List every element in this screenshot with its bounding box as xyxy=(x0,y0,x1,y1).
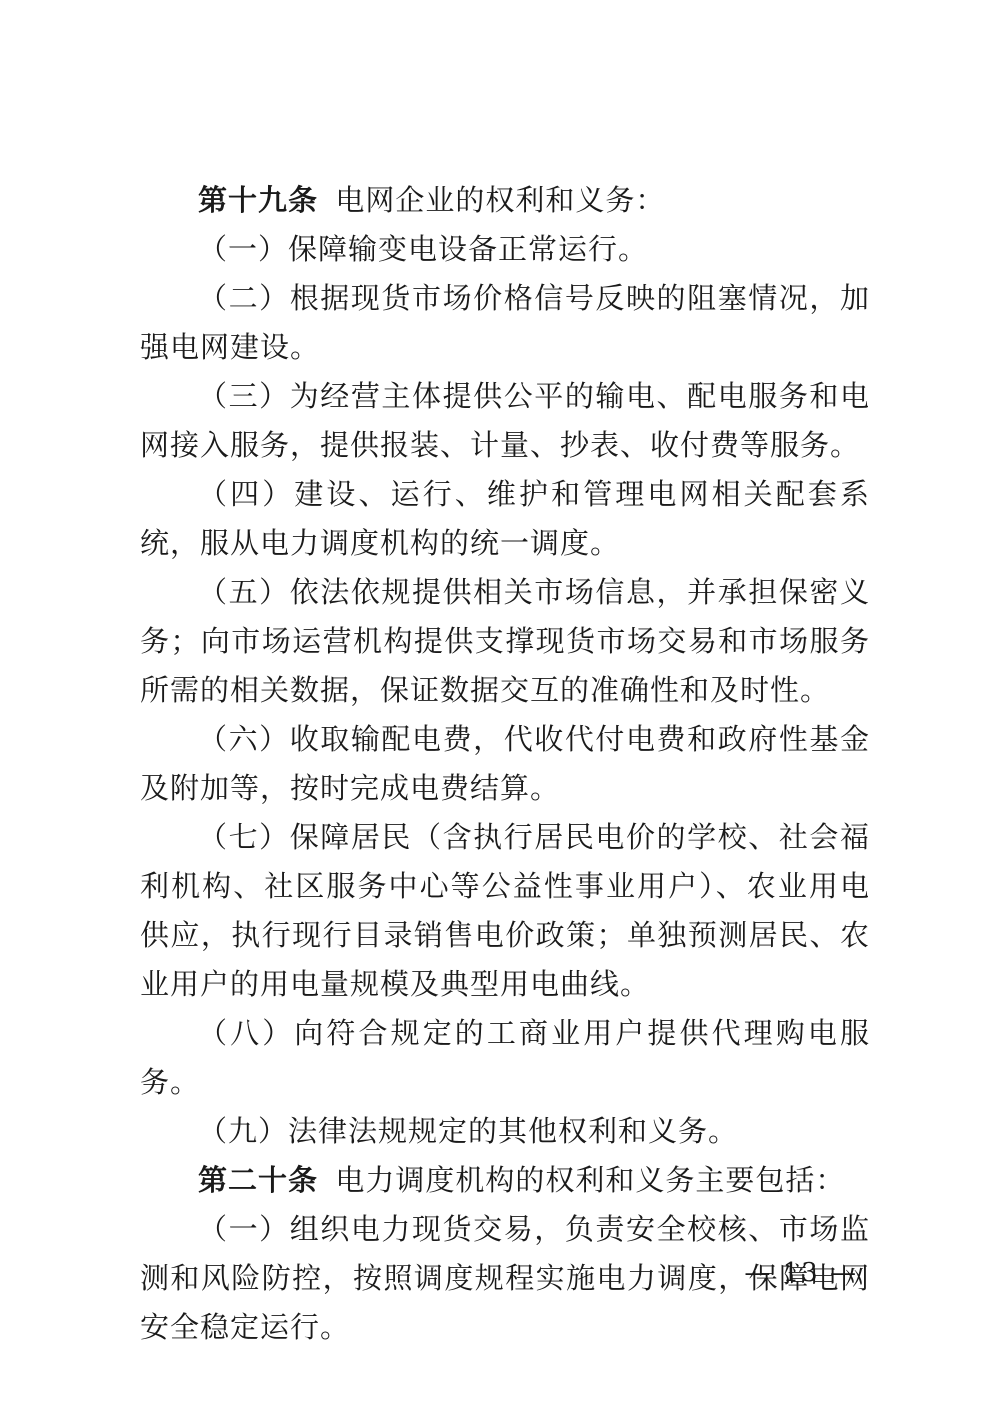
article-19-heading: 第十九条电网企业的权利和义务： xyxy=(140,176,870,225)
article-19-item-7: （七）保障居民（含执行居民电价的学校、社会福利机构、社区服务中心等公益性事业用户… xyxy=(140,813,870,1009)
article-19-item-4: （四）建设、运行、维护和管理电网相关配套系统，服从电力调度机构的统一调度。 xyxy=(140,470,870,568)
article-19-item-6: （六）收取输配电费，代收代付电费和政府性基金及附加等，按时完成电费结算。 xyxy=(140,715,870,813)
article-20-heading: 第二十条电力调度机构的权利和义务主要包括： xyxy=(140,1156,870,1205)
article-19-item-5: （五）依法依规提供相关市场信息，并承担保密义务；向市场运营机构提供支撑现货市场交… xyxy=(140,568,870,715)
document-content: 第十九条电网企业的权利和义务： （一）保障输变电设备正常运行。 （二）根据现货市… xyxy=(0,0,1000,1352)
article-19-item-8: （八）向符合规定的工商业用户提供代理购电服务。 xyxy=(140,1009,870,1107)
article-19-title: 电网企业的权利和义务： xyxy=(335,183,665,217)
document-page: 第十九条电网企业的权利和义务： （一）保障输变电设备正常运行。 （二）根据现货市… xyxy=(0,0,1000,1414)
article-19-item-1: （一）保障输变电设备正常运行。 xyxy=(140,225,870,274)
article-19-number: 第十九条 xyxy=(198,183,318,217)
article-20-title: 电力调度机构的权利和义务主要包括： xyxy=(335,1163,845,1197)
article-19-item-2: （二）根据现货市场价格信号反映的阻塞情况，加强电网建设。 xyxy=(140,274,870,372)
article-19-item-3: （三）为经营主体提供公平的输电、配电服务和电网接入服务，提供报装、计量、抄表、收… xyxy=(140,372,870,470)
article-19-item-9: （九）法律法规规定的其他权利和义务。 xyxy=(140,1107,870,1156)
article-20-number: 第二十条 xyxy=(198,1163,318,1197)
page-number: — 13 — xyxy=(744,1258,858,1288)
